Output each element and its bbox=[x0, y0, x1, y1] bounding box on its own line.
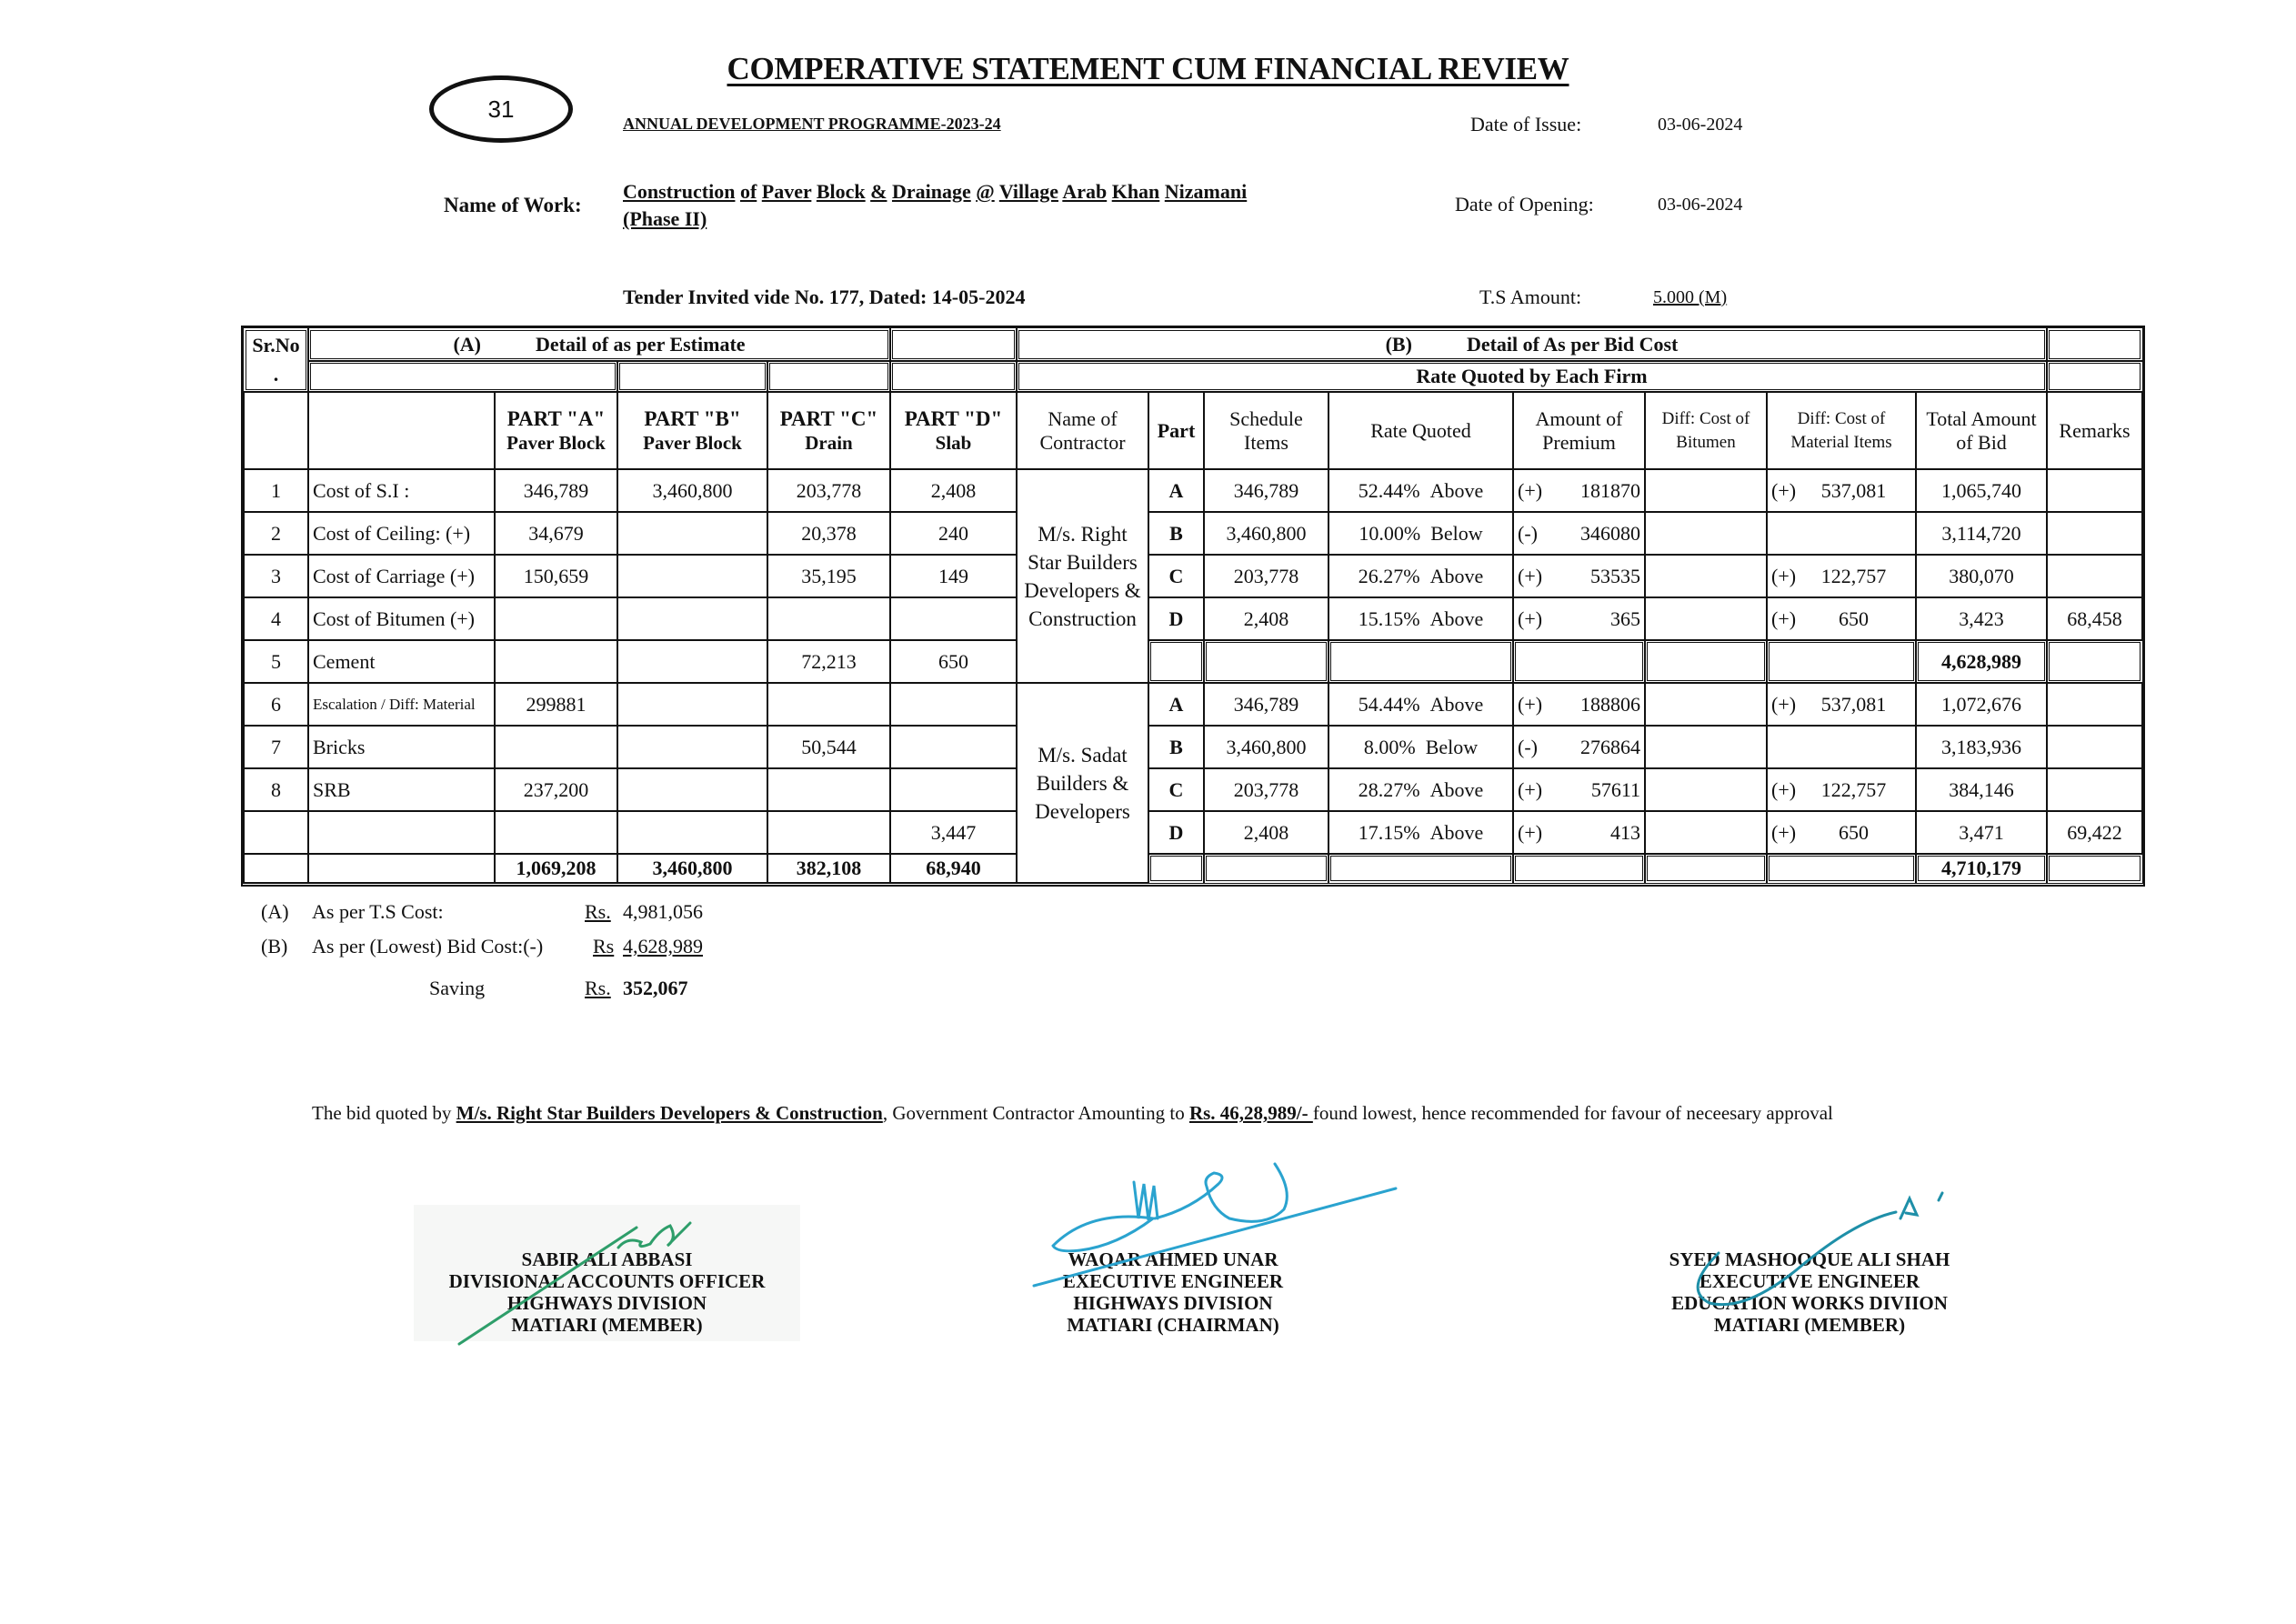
bid-total: 380,070 bbox=[1915, 554, 2048, 598]
estimate-value-c bbox=[767, 810, 891, 855]
estimate-value-d: 240 bbox=[889, 511, 1018, 556]
blank-header-cell bbox=[2046, 360, 2143, 393]
estimate-value-a: 346,789 bbox=[494, 468, 618, 513]
section-b-header: (B)Detail of As per Bid Cost bbox=[1016, 327, 2048, 362]
remarks: 69,422 bbox=[2046, 810, 2143, 855]
sr-number: 2 bbox=[243, 511, 309, 556]
estimate-value-a bbox=[494, 596, 618, 641]
cost-description: Cost of Ceiling: (+) bbox=[307, 511, 496, 556]
sr-number: 5 bbox=[243, 639, 309, 684]
remarks bbox=[2046, 468, 2143, 513]
rate-quoted: 28.27% Above bbox=[1328, 767, 1514, 812]
part-header: PART "B"Paver Block bbox=[617, 391, 768, 470]
premium-amount: (+)181870 bbox=[1512, 468, 1646, 513]
estimate-value-c: 20,378 bbox=[767, 511, 891, 556]
estimate-value-d bbox=[889, 596, 1018, 641]
estimate-value-a: 299881 bbox=[494, 682, 618, 727]
schedule-amount: 346,789 bbox=[1203, 682, 1329, 727]
estimate-value-b bbox=[617, 596, 768, 641]
grand-total-blank bbox=[1644, 639, 1768, 684]
estimate-value-c: 35,195 bbox=[767, 554, 891, 598]
cost-description: Escalation / Diff: Material bbox=[307, 682, 496, 727]
part-header: PART "D"Slab bbox=[889, 391, 1018, 470]
bitumen-diff bbox=[1644, 767, 1768, 812]
material-diff: (+)537,081 bbox=[1766, 468, 1917, 513]
part-letter: A bbox=[1148, 682, 1205, 727]
blank-header-cell bbox=[2046, 327, 2143, 362]
bid-total: 3,423 bbox=[1915, 596, 2048, 641]
schedule-amount: 2,408 bbox=[1203, 810, 1329, 855]
sr-number: 6 bbox=[243, 682, 309, 727]
remarks bbox=[2046, 767, 2143, 812]
blank-header-cell bbox=[889, 327, 1018, 362]
material-diff: (+)122,757 bbox=[1766, 554, 1917, 598]
grand-total-blank bbox=[2046, 853, 2143, 884]
bid-total: 1,072,676 bbox=[1915, 682, 2048, 727]
estimate-value-c bbox=[767, 596, 891, 641]
premium-amount: (+)413 bbox=[1512, 810, 1646, 855]
column-header-bitumen: Diff: Cost of Bitumen bbox=[1644, 391, 1768, 470]
estimate-value-b bbox=[617, 767, 768, 812]
rate-quoted: 52.44% Above bbox=[1328, 468, 1514, 513]
sr-number: 3 bbox=[243, 554, 309, 598]
schedule-amount: 203,778 bbox=[1203, 767, 1329, 812]
material-diff bbox=[1766, 511, 1917, 556]
bid-total: 3,183,936 bbox=[1915, 725, 2048, 769]
rate-quoted: 54.44% Above bbox=[1328, 682, 1514, 727]
estimate-value-c bbox=[767, 767, 891, 812]
estimate-value-c: 72,213 bbox=[767, 639, 891, 684]
bid-total: 1,065,740 bbox=[1915, 468, 2048, 513]
estimate-value-a: 237,200 bbox=[494, 767, 618, 812]
remarks bbox=[2046, 682, 2143, 727]
grand-total-blank bbox=[1766, 639, 1917, 684]
premium-amount: (+)188806 bbox=[1512, 682, 1646, 727]
estimate-value-d bbox=[889, 767, 1018, 812]
grand-total-blank bbox=[1328, 639, 1514, 684]
estimate-value-d bbox=[889, 682, 1018, 727]
column-header-material: Diff: Cost of Material Items bbox=[1766, 391, 1917, 470]
premium-amount: (+)53535 bbox=[1512, 554, 1646, 598]
column-header-rate: Rate Quoted bbox=[1328, 391, 1514, 470]
estimate-value-d: 149 bbox=[889, 554, 1018, 598]
grand-total-blank bbox=[1328, 853, 1514, 884]
part-letter: C bbox=[1148, 554, 1205, 598]
part-letter: B bbox=[1148, 725, 1205, 769]
cost-description: Cost of Bitumen (+) bbox=[307, 596, 496, 641]
bid-total: 3,114,720 bbox=[1915, 511, 2048, 556]
total-blank bbox=[243, 853, 309, 884]
grand-total: 4,710,179 bbox=[1915, 853, 2048, 884]
material-diff bbox=[1766, 725, 1917, 769]
bitumen-diff bbox=[1644, 468, 1768, 513]
part-letter: A bbox=[1148, 468, 1205, 513]
estimate-total-c: 382,108 bbox=[767, 853, 891, 884]
grand-total-blank bbox=[1512, 853, 1646, 884]
material-diff: (+)537,081 bbox=[1766, 682, 1917, 727]
estimate-value-a: 34,679 bbox=[494, 511, 618, 556]
part-letter: B bbox=[1148, 511, 1205, 556]
grand-total-blank bbox=[1766, 853, 1917, 884]
grand-total-blank bbox=[1203, 639, 1329, 684]
premium-amount: (-)346080 bbox=[1512, 511, 1646, 556]
remarks: 68,458 bbox=[2046, 596, 2143, 641]
estimate-value-d: 3,447 bbox=[889, 810, 1018, 855]
part-header: PART "C"Drain bbox=[767, 391, 891, 470]
grand-total-blank bbox=[1203, 853, 1329, 884]
premium-amount: (+)57611 bbox=[1512, 767, 1646, 812]
part-letter: D bbox=[1148, 810, 1205, 855]
sr-number: 4 bbox=[243, 596, 309, 641]
sr-number: 8 bbox=[243, 767, 309, 812]
material-diff: (+)650 bbox=[1766, 810, 1917, 855]
estimate-total-d: 68,940 bbox=[889, 853, 1018, 884]
estimate-total-a: 1,069,208 bbox=[494, 853, 618, 884]
blank-header-cell bbox=[889, 360, 1018, 393]
rate-quoted: 17.15% Above bbox=[1328, 810, 1514, 855]
grand-total-blank bbox=[1512, 639, 1646, 684]
sr-number bbox=[243, 810, 309, 855]
estimate-value-c: 203,778 bbox=[767, 468, 891, 513]
remarks bbox=[2046, 554, 2143, 598]
estimate-value-a bbox=[494, 810, 618, 855]
rate-quoted: 26.27% Above bbox=[1328, 554, 1514, 598]
column-header-part: Part bbox=[1148, 391, 1205, 470]
bitumen-diff bbox=[1644, 682, 1768, 727]
header-blank bbox=[307, 391, 496, 470]
grand-total-blank bbox=[2046, 639, 2143, 684]
bid-total: 384,146 bbox=[1915, 767, 2048, 812]
estimate-value-d bbox=[889, 725, 1018, 769]
premium-amount: (-)276864 bbox=[1512, 725, 1646, 769]
bid-total: 3,471 bbox=[1915, 810, 2048, 855]
blank-header-cell bbox=[767, 360, 891, 393]
estimate-value-d: 2,408 bbox=[889, 468, 1018, 513]
remarks bbox=[2046, 511, 2143, 556]
estimate-value-c bbox=[767, 682, 891, 727]
estimate-total-b: 3,460,800 bbox=[617, 853, 768, 884]
cost-description: SRB bbox=[307, 767, 496, 812]
rate-quoted: 10.00% Below bbox=[1328, 511, 1514, 556]
contractor-name: M/s. Right Star Builders Developers & Co… bbox=[1016, 468, 1149, 684]
grand-total-blank bbox=[1148, 639, 1205, 684]
estimate-value-b bbox=[617, 810, 768, 855]
rate-quoted: 8.00% Below bbox=[1328, 725, 1514, 769]
part-letter: C bbox=[1148, 767, 1205, 812]
estimate-value-b bbox=[617, 554, 768, 598]
sr-number: 1 bbox=[243, 468, 309, 513]
estimate-value-a bbox=[494, 639, 618, 684]
bitumen-diff bbox=[1644, 596, 1768, 641]
column-header-remarks: Remarks bbox=[2046, 391, 2143, 470]
schedule-amount: 203,778 bbox=[1203, 554, 1329, 598]
estimate-value-b: 3,460,800 bbox=[617, 468, 768, 513]
estimate-value-a bbox=[494, 725, 618, 769]
column-header-total: Total Amount of Bid bbox=[1915, 391, 2048, 470]
schedule-amount: 346,789 bbox=[1203, 468, 1329, 513]
grand-total-blank bbox=[1644, 853, 1768, 884]
estimate-value-b bbox=[617, 682, 768, 727]
premium-amount: (+)365 bbox=[1512, 596, 1646, 641]
column-header-premium: Amount of Premium bbox=[1512, 391, 1646, 470]
cost-description: Cost of S.I : bbox=[307, 468, 496, 513]
srno-header: Sr.No. bbox=[243, 327, 309, 393]
rate-quoted-header: Rate Quoted by Each Firm bbox=[1016, 360, 2048, 393]
estimate-value-b bbox=[617, 511, 768, 556]
bitumen-diff bbox=[1644, 511, 1768, 556]
header-blank bbox=[243, 391, 309, 470]
contractor-name: M/s. Sadat Builders & Developers bbox=[1016, 682, 1149, 884]
estimate-value-a: 150,659 bbox=[494, 554, 618, 598]
material-diff: (+)122,757 bbox=[1766, 767, 1917, 812]
estimate-value-b bbox=[617, 639, 768, 684]
bitumen-diff bbox=[1644, 725, 1768, 769]
part-letter: D bbox=[1148, 596, 1205, 641]
cost-description: Bricks bbox=[307, 725, 496, 769]
cost-description: Cement bbox=[307, 639, 496, 684]
cost-description bbox=[307, 810, 496, 855]
remarks bbox=[2046, 725, 2143, 769]
material-diff: (+)650 bbox=[1766, 596, 1917, 641]
column-header-contractor: Name of Contractor bbox=[1016, 391, 1149, 470]
section-a-header: (A)Detail of as per Estimate bbox=[307, 327, 891, 362]
sr-number: 7 bbox=[243, 725, 309, 769]
bitumen-diff bbox=[1644, 810, 1768, 855]
estimate-value-c: 50,544 bbox=[767, 725, 891, 769]
column-header-schedule: Schedule Items bbox=[1203, 391, 1329, 470]
schedule-amount: 3,460,800 bbox=[1203, 511, 1329, 556]
blank-header-cell bbox=[617, 360, 768, 393]
part-header: PART "A"Paver Block bbox=[494, 391, 618, 470]
schedule-amount: 2,408 bbox=[1203, 596, 1329, 641]
grand-total: 4,628,989 bbox=[1915, 639, 2048, 684]
estimate-value-b bbox=[617, 725, 768, 769]
bitumen-diff bbox=[1644, 554, 1768, 598]
total-blank bbox=[307, 853, 496, 884]
blank-header-cell bbox=[307, 360, 618, 393]
cost-description: Cost of Carriage (+) bbox=[307, 554, 496, 598]
schedule-amount: 3,460,800 bbox=[1203, 725, 1329, 769]
estimate-value-d: 650 bbox=[889, 639, 1018, 684]
grand-total-blank bbox=[1148, 853, 1205, 884]
rate-quoted: 15.15% Above bbox=[1328, 596, 1514, 641]
